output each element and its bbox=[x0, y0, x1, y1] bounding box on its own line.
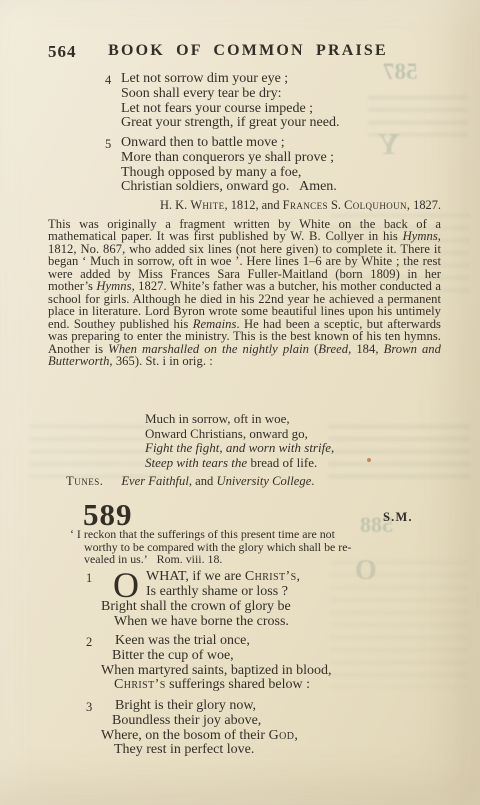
verse-number: 5 bbox=[105, 137, 111, 152]
previous-hymn-verse-4: 4 Let not sorrow dim your eye ; Soon sha… bbox=[105, 72, 339, 131]
quote-line: Fight the fight, and worn with strife, bbox=[145, 441, 334, 456]
previous-hymn-verse-5: 5 Onward then to battle move ; More than… bbox=[105, 136, 337, 195]
paper-speck bbox=[367, 458, 371, 462]
tunes-label: Tunes. bbox=[66, 474, 103, 488]
verse-line: Though opposed by many a foe, bbox=[121, 166, 337, 181]
verse-line: Keen was the trial once, bbox=[115, 634, 332, 649]
verse-line: WHAT, if we are Christ’s, bbox=[146, 570, 300, 585]
verse-line: Great your strength, if great your need. bbox=[121, 116, 339, 131]
show-through-text-block bbox=[368, 95, 468, 137]
tune-names: Ever Faithful, and University College. bbox=[121, 474, 314, 488]
book-page: 587 Y 588 O 564 BOOK OF COMMON PRAISE 4 … bbox=[0, 0, 480, 805]
verse-line: Bright is their glory now, bbox=[115, 699, 298, 714]
hymn-589-verse-1: 1 O WHAT, if we are Christ’s, Is earthly… bbox=[86, 570, 300, 630]
verse-line: Let not sorrow dim your eye ; bbox=[121, 72, 339, 87]
author-attribution: H. K. White, 1812, and Frances S. Colquh… bbox=[48, 198, 441, 213]
verse-line: Christ’s sufferings shared below : bbox=[114, 678, 332, 693]
page-header: 564 BOOK OF COMMON PRAISE bbox=[0, 42, 480, 60]
page-number: 564 bbox=[48, 42, 77, 62]
verse-number: 4 bbox=[105, 73, 111, 88]
hymn-589-verse-2: 2 Keen was the trial once, Bitter the cu… bbox=[86, 634, 332, 693]
verse-line: Soon shall every tear be dry: bbox=[121, 87, 339, 102]
drop-cap-initial: O bbox=[113, 571, 139, 600]
hymn-589-verse-3: 3 Bright is their glory now, Boundless t… bbox=[86, 699, 298, 758]
verse-number: 1 bbox=[86, 571, 92, 586]
verse-line: When martyred saints, baptized in blood, bbox=[101, 664, 332, 679]
tunes-line: Tunes.Ever Faithful, and University Coll… bbox=[66, 474, 314, 489]
verse-line: Where, on the bosom of their God, bbox=[101, 729, 298, 744]
quote-line: Much in sorrow, oft in woe, bbox=[145, 412, 334, 427]
quoted-original-stanza: Much in sorrow, oft in woe, Onward Chris… bbox=[145, 412, 334, 470]
hymn-meter: S.M. bbox=[383, 510, 413, 525]
verse-number: 3 bbox=[86, 700, 92, 715]
verse-line: More than conquerors ye shall prove ; bbox=[121, 151, 337, 166]
verse-line: They rest in perfect love. bbox=[114, 743, 298, 758]
verse-line: When we have borne the cross. bbox=[114, 615, 300, 630]
verse-line: Boundless their joy above, bbox=[112, 714, 298, 729]
verse-number: 2 bbox=[86, 635, 92, 650]
scripture-epigraph: ‘ I reckon that the sufferings of this p… bbox=[70, 528, 351, 566]
epigraph-line: ‘ I reckon that the sufferings of this p… bbox=[70, 528, 351, 541]
show-through-text-block bbox=[328, 424, 470, 486]
show-through-text-block bbox=[330, 560, 468, 688]
verse-line: Bitter the cup of woe, bbox=[112, 649, 332, 664]
verse-line: Christian soldiers, onward go. Amen. bbox=[121, 180, 337, 195]
quote-line: Steep with tears the bread of life. bbox=[145, 456, 334, 471]
commentary-note: This was originally a fragment written b… bbox=[48, 218, 441, 367]
verse-line: Is earthly shame or loss ? bbox=[146, 585, 300, 600]
quote-line: Onward Christians, onward go, bbox=[145, 427, 334, 442]
verse-line: Let not fears your course impede ; bbox=[121, 102, 339, 117]
verse-line: Bright shall the crown of glory be bbox=[101, 600, 300, 615]
show-through-hymn-number-587: 587 bbox=[383, 60, 418, 83]
verse-line: Onward then to battle move ; bbox=[121, 136, 337, 151]
